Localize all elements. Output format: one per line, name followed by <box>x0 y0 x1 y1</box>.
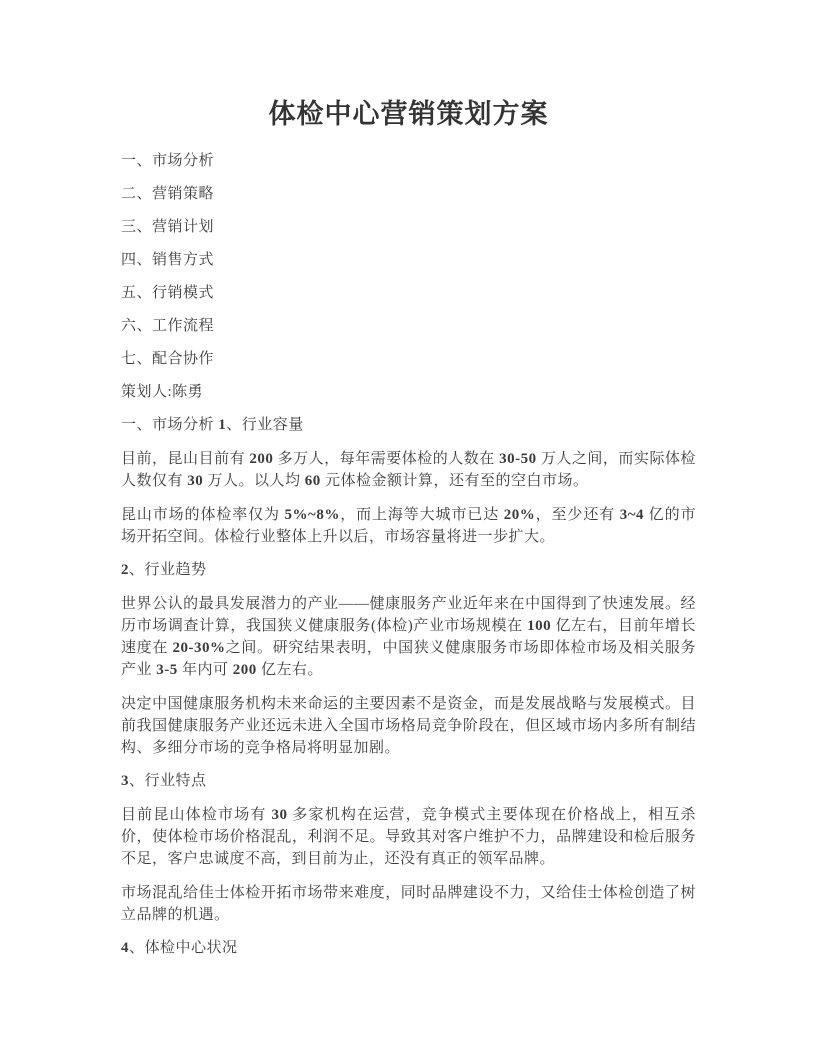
toc-item: 五、行销模式 <box>121 283 696 304</box>
section-heading: 4、体检中心状况 <box>121 938 696 959</box>
toc-item: 二、营销策略 <box>121 184 696 205</box>
body-paragraph: 目前昆山体检市场有 30 多家机构在运营，竞争模式主要体现在价格战上，相互杀价，… <box>121 804 696 870</box>
body-paragraph: 昆山市场的体检率仅为 5%~8%，而上海等大城市已达 20%，至少还有 3~4 … <box>121 504 696 548</box>
toc-item: 七、配合协作 <box>121 349 696 370</box>
toc-item: 三、营销计划 <box>121 217 696 238</box>
body-paragraph: 决定中国健康服务机构未来命运的主要因素不是资金，而是发展战略与发展模式。目前我国… <box>121 693 696 759</box>
body-paragraph: 世界公认的最具发展潜力的产业——健康服务产业近年来在中国得到了快速发展。经历市场… <box>121 593 696 681</box>
body-paragraph: 市场混乱给佳士体检开拓市场带来难度，同时品牌建设不力，又给佳士体检创造了树立品牌… <box>121 882 696 926</box>
section-heading: 2、行业趋势 <box>121 560 696 581</box>
page-title: 体检中心营销策划方案 <box>121 97 696 131</box>
toc-item: 一、市场分析 <box>121 151 696 172</box>
section-heading: 3、行业特点 <box>121 771 696 792</box>
document-page: 体检中心营销策划方案 一、市场分析 二、营销策略 三、营销计划 四、销售方式 五… <box>0 0 816 1056</box>
toc-item: 六、工作流程 <box>121 316 696 337</box>
section-heading: 一、市场分析 1、行业容量 <box>121 415 696 436</box>
toc-item: 四、销售方式 <box>121 250 696 271</box>
body-paragraph: 目前，昆山目前有 200 多万人，每年需要体检的人数在 30-50 万人之间，而… <box>121 448 696 492</box>
planner-line: 策划人:陈勇 <box>121 382 696 403</box>
